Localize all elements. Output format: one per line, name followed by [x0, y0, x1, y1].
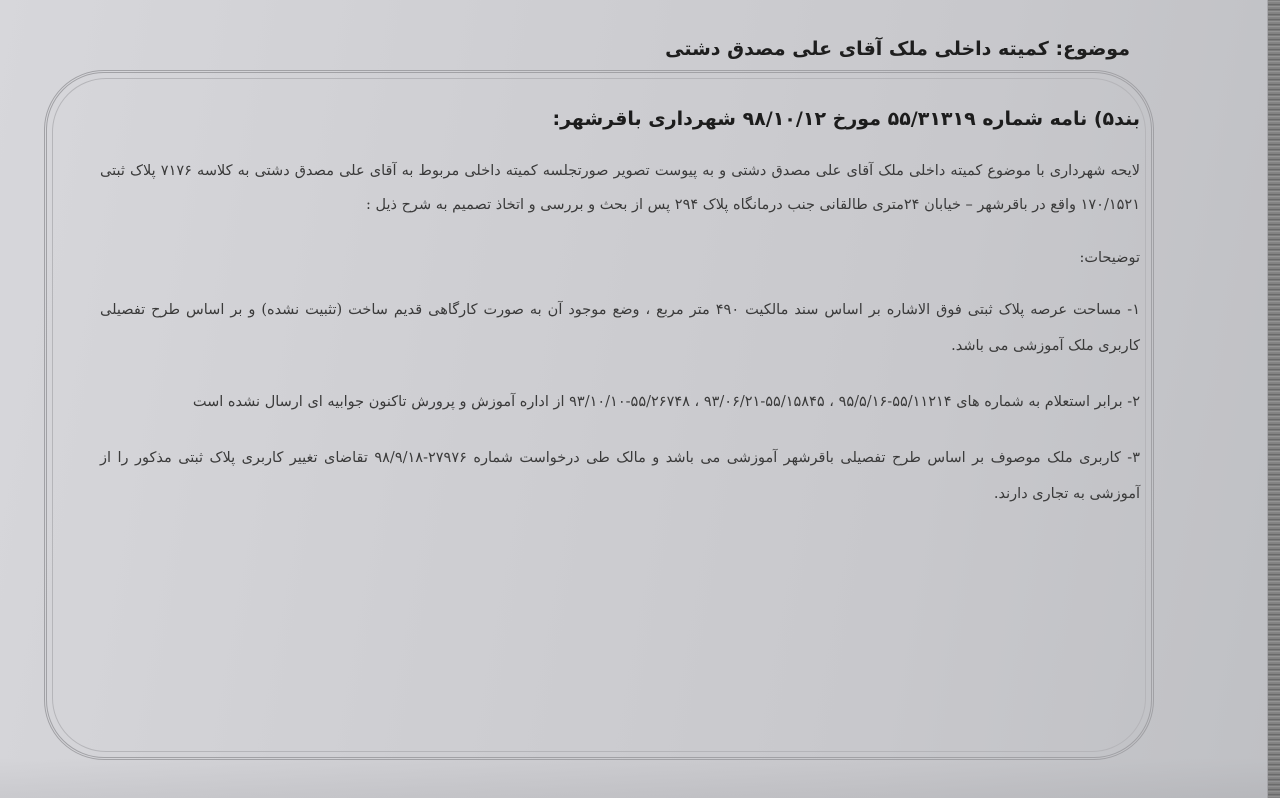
page-shadow — [0, 758, 1280, 798]
note-item-1: ۱- مساحت عرصه پلاک ثبتی فوق الاشاره بر ا… — [100, 292, 1140, 364]
intro-paragraph: لایحه شهرداری با موضوع کمیته داخلی ملک آ… — [100, 154, 1140, 222]
document-subject: موضوع: کمیته داخلی ملک آقای علی مصدق دشت… — [665, 38, 1130, 60]
note-item-3: ۳- کاربری ملک موصوف بر اساس طرح تفصیلی ب… — [100, 440, 1140, 512]
document-body: بند۵) نامه شماره ۵۵/۳۱۳۱۹ مورخ ۹۸/۱۰/۱۲ … — [100, 100, 1140, 532]
notes-label: توضیحات: — [100, 250, 1140, 266]
paper-edge — [1267, 0, 1280, 798]
clause-title: بند۵) نامه شماره ۵۵/۳۱۳۱۹ مورخ ۹۸/۱۰/۱۲ … — [100, 108, 1140, 130]
note-item-2: ۲- برابر استعلام به شماره های ۵۵/۱۱۲۱۴-۹… — [100, 384, 1140, 420]
